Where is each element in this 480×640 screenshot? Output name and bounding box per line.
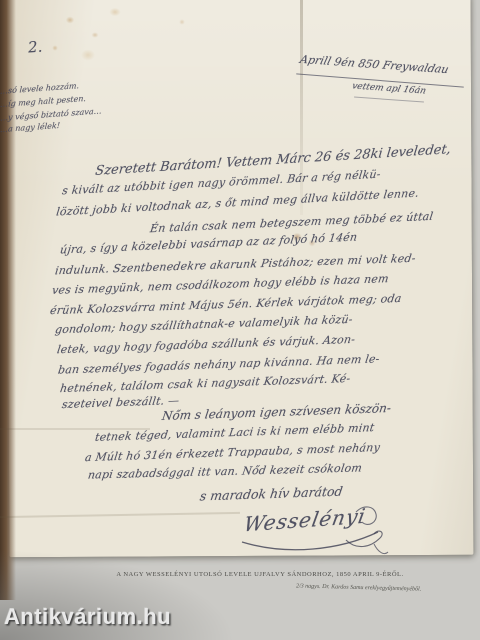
page-number: 2. bbox=[27, 38, 43, 57]
scanned-letter-page: 2. …só levele hozzám. …íg meg halt peste… bbox=[0, 0, 480, 640]
caption-title: A NAGY WESSELÉNYI UTOLSÓ LEVELE UJFALVY … bbox=[110, 571, 410, 578]
antikvarium-watermark: Antikvárium.hu bbox=[4, 604, 171, 630]
caption-credit: 2/3 nagys. Dr. Kardos Samu ereklyegyűjte… bbox=[296, 583, 421, 592]
